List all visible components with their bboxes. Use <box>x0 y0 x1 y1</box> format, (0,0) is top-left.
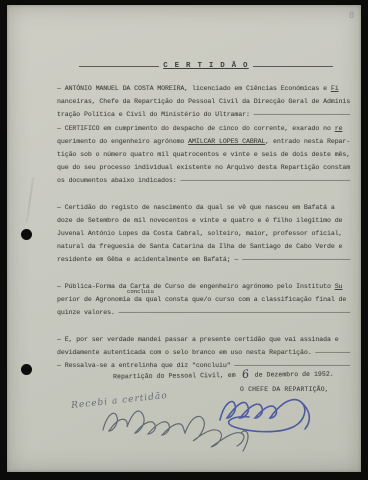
date-suffix: de Dezembro de 1952. <box>251 371 334 379</box>
paragraph-line: tração Política e Civil do Ministério do… <box>57 108 359 121</box>
page-number: 8 <box>349 10 354 20</box>
blank-line <box>57 188 359 201</box>
paragraph-line: que do seu processo individual existente… <box>57 161 359 174</box>
paragraph-line: — CERTIFICO em cumprimento do despacho d… <box>57 122 359 135</box>
blank-line <box>57 319 359 332</box>
document-title-row: C E R T I D Ã O <box>79 62 333 70</box>
paragraph-line: — E, por ser verdade mandei passar a pre… <box>57 333 359 346</box>
paragraph-line: querimento do engenheiro agrónomo AMILCA… <box>57 135 359 148</box>
document-page: 8 C E R T I D Ã O — ANTÓNIO MANUEL DA CO… <box>7 5 361 472</box>
document-body: — ANTÓNIO MANUEL DA COSTA MOREIRA, licen… <box>57 82 359 372</box>
paragraph-line: Juvenal António Lopes da Costa Cabral, s… <box>57 227 359 240</box>
title-rule-right <box>253 66 333 67</box>
paragraph-line: nanceiras, Chefe da Repartição do Pessoa… <box>57 95 359 108</box>
paragraph-line: os documentos abaixo indicados: ————————… <box>57 174 359 187</box>
paragraph-line: perior de Agronomia da qual consta que/o… <box>57 293 359 306</box>
paragraph-line: quinze valores. ————————————————————————… <box>57 306 359 319</box>
paragraph-line: — Pública-Forma da Carta de Curso de eng… <box>57 280 359 293</box>
punch-hole <box>21 229 32 240</box>
name-amilcar-cabral: AMILCAR LOPES CABRAL <box>188 138 265 145</box>
paragraph-line: devidamente autenticada com o selo branc… <box>57 346 359 359</box>
paper-crease <box>26 177 34 223</box>
paragraph-line: doze de Setembro de mil novecentos e vin… <box>57 214 359 227</box>
paragraph-line: residente em Gêba e acidentalmente em Ba… <box>57 253 359 266</box>
blank-line <box>57 267 359 280</box>
paragraph-line: — Certidão do registo de nascimento da q… <box>57 201 359 214</box>
handwritten-day: 6 <box>239 367 252 382</box>
title-rule-left <box>79 66 159 67</box>
paragraph-line: — ANTÓNIO MANUEL DA COSTA MOREIRA, licen… <box>57 82 359 95</box>
punch-hole <box>21 364 32 375</box>
paragraph-line: tição sob o número quatro mil quatrocent… <box>57 148 359 161</box>
document-title: C E R T I D Ã O <box>163 62 249 70</box>
interlinear-insertion: concluiu <box>127 288 154 295</box>
date-line: Repartição do Pessoal Civil, em 6 de Dez… <box>113 366 334 382</box>
date-prefix: Repartição do Pessoal Civil, em <box>113 372 240 381</box>
scanned-document-background: { "page_number": "8", "title": "C E R T … <box>0 0 368 480</box>
recipient-signature <box>93 403 261 453</box>
paragraph-line: natural da freguesia de Santa Catarina d… <box>57 240 359 253</box>
